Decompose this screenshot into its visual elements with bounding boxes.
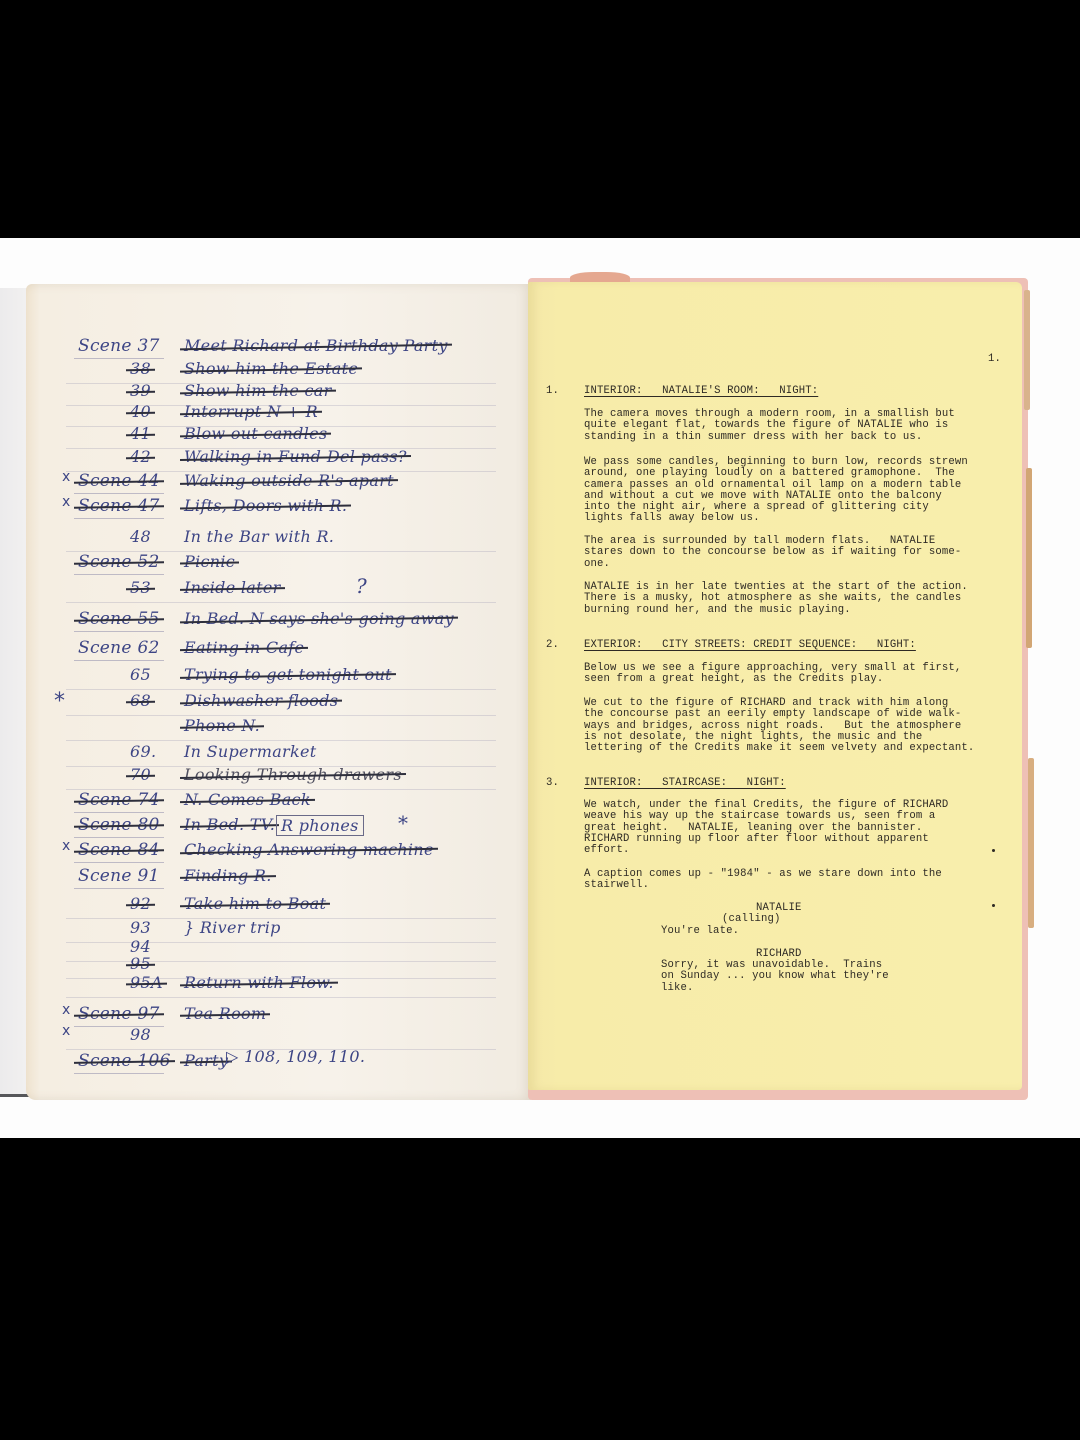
page-edge bbox=[1028, 758, 1034, 928]
scene-number: 65 bbox=[130, 665, 151, 684]
scene-description: Interrupt N + R bbox=[184, 402, 318, 421]
margin-mark bbox=[992, 904, 995, 907]
scene-number: Scene 91 bbox=[78, 866, 160, 886]
scene-number: Scene 37 bbox=[78, 336, 160, 356]
scene-description: Inside later bbox=[184, 578, 281, 597]
scene-description: In Supermarket bbox=[184, 742, 317, 761]
scene-number: Scene 44 bbox=[78, 471, 160, 491]
scene-3-heading: INTERIOR: STAIRCASE: NIGHT: bbox=[584, 778, 786, 789]
asterisk-mark-icon: * bbox=[54, 689, 65, 714]
scene-description: Dishwasher floods bbox=[184, 691, 338, 710]
margin-annotation: * bbox=[398, 811, 408, 835]
scene-1-heading: INTERIOR: NATALIE'S ROOM: NIGHT: bbox=[584, 386, 818, 397]
scene-number: 95 bbox=[130, 954, 151, 973]
underline bbox=[74, 631, 164, 632]
faint-line bbox=[66, 997, 496, 998]
underline bbox=[74, 1073, 164, 1074]
underline bbox=[74, 812, 164, 813]
scene-description: In Bed. TV. bbox=[184, 815, 275, 834]
scene-number: Scene 74 bbox=[78, 790, 160, 810]
scene-description: Blow out candles bbox=[184, 424, 327, 443]
photo-background: Scene 37Meet Richard at Birthday Party38… bbox=[0, 238, 1080, 1138]
scene-number: 48 bbox=[130, 527, 151, 546]
page-edge bbox=[1026, 468, 1032, 648]
scene-1-paragraph: We pass some candles, beginning to burn … bbox=[584, 457, 968, 525]
scene-description: } River trip bbox=[184, 918, 281, 937]
x-mark-icon: x bbox=[62, 1023, 70, 1039]
scene-description: Trying to get tonight out bbox=[184, 665, 392, 684]
scene-number: 42 bbox=[130, 447, 151, 466]
boxed-note: R phones bbox=[276, 815, 364, 836]
scene-number: Scene 97 bbox=[78, 1004, 160, 1024]
faint-line bbox=[66, 740, 496, 741]
scene-number: 69. bbox=[130, 742, 156, 761]
scene-description: Lifts, Doors with R. bbox=[184, 496, 347, 515]
scene-2-heading: EXTERIOR: CITY STREETS: CREDIT SEQUENCE:… bbox=[584, 640, 916, 651]
scene-3-paragraph: A caption comes up - "1984" - as we star… bbox=[584, 869, 942, 892]
scene-description: Phone N. bbox=[184, 716, 260, 735]
scene-description: Picnic bbox=[184, 552, 235, 571]
scene-number: 53 bbox=[130, 578, 151, 597]
faint-line bbox=[66, 602, 496, 603]
scene-3-paragraph: We watch, under the final Credits, the f… bbox=[584, 800, 948, 856]
scene-description: Meet Richard at Birthday Party bbox=[184, 336, 448, 355]
scene-number: Scene 55 bbox=[78, 609, 160, 629]
underline bbox=[74, 837, 164, 838]
scene-1-paragraph: The area is surrounded by tall modern fl… bbox=[584, 536, 961, 570]
x-mark-icon: x bbox=[62, 469, 70, 485]
faint-line bbox=[66, 689, 496, 690]
margin-mark bbox=[992, 849, 995, 852]
scene-description: Waking outside R's apart bbox=[184, 471, 394, 490]
dialogue-line: You're late. bbox=[661, 926, 739, 937]
scene-3-number: 3. bbox=[546, 778, 559, 789]
scene-number: 68 bbox=[130, 691, 151, 710]
scene-description: Party bbox=[184, 1051, 228, 1070]
scene-description: Show him the car bbox=[184, 381, 332, 400]
scene-number: 98 bbox=[130, 1025, 151, 1044]
scene-number: Scene 52 bbox=[78, 552, 160, 572]
faint-line bbox=[66, 715, 496, 716]
x-mark-icon: x bbox=[62, 838, 70, 854]
scene-description: In Bed. N says she's going away bbox=[184, 609, 454, 628]
scene-description: In the Bar with R. bbox=[184, 527, 334, 546]
page-edge bbox=[1024, 290, 1030, 410]
scene-number: Scene 62 bbox=[78, 638, 160, 658]
scene-2-number: 2. bbox=[546, 640, 559, 651]
scene-1-number: 1. bbox=[546, 386, 559, 397]
scene-number: Scene 47 bbox=[78, 496, 160, 516]
underline bbox=[74, 862, 164, 863]
scene-description: N. Comes Back bbox=[184, 790, 311, 809]
scene-number: 93 bbox=[130, 918, 151, 937]
scene-number: 70 bbox=[130, 765, 151, 784]
dialogue-line: Sorry, it was unavoidable. Trains on Sun… bbox=[661, 960, 889, 994]
underline bbox=[74, 888, 164, 889]
scene-number: 95A bbox=[130, 973, 163, 992]
underline bbox=[74, 493, 164, 494]
scene-number: 39 bbox=[130, 381, 151, 400]
typed-script-page: 1. 1. INTERIOR: NATALIE'S ROOM: NIGHT: T… bbox=[528, 282, 1022, 1090]
scene-description: Checking Answering machine bbox=[184, 840, 434, 859]
underline bbox=[74, 660, 164, 661]
dialogue-parenthetical: (calling) bbox=[722, 914, 781, 925]
scene-1-paragraph: The camera moves through a modern room, … bbox=[584, 409, 955, 443]
underline bbox=[74, 518, 164, 519]
handwritten-page: Scene 37Meet Richard at Birthday Party38… bbox=[26, 284, 532, 1100]
scene-number: 41 bbox=[130, 424, 151, 443]
scene-description: Eating in Cafe bbox=[184, 638, 304, 657]
scene-description: Finding R. bbox=[184, 866, 272, 885]
scene-number: 40 bbox=[130, 402, 151, 421]
margin-annotation: ? bbox=[356, 574, 367, 598]
margin-annotation: ▷ 108, 109, 110. bbox=[226, 1047, 365, 1066]
page-number: 1. bbox=[988, 354, 1001, 365]
scene-description: Return with Flow. bbox=[184, 973, 334, 992]
scene-number: Scene 84 bbox=[78, 840, 160, 860]
scene-number: 38 bbox=[130, 359, 151, 378]
scene-description: Looking Through drawers bbox=[184, 765, 402, 784]
x-mark-icon: x bbox=[62, 494, 70, 510]
underline bbox=[74, 574, 164, 575]
x-mark-icon: x bbox=[62, 1002, 70, 1018]
scene-2-paragraph: Below us we see a figure approaching, ve… bbox=[584, 663, 961, 686]
scene-description: Tea Room bbox=[184, 1004, 266, 1023]
scene-1-paragraph: NATALIE is in her late twenties at the s… bbox=[584, 582, 968, 616]
scene-number: 92 bbox=[130, 894, 151, 913]
scene-number: Scene 106 bbox=[78, 1051, 171, 1071]
scene-description: Take him to Boat bbox=[184, 894, 326, 913]
scene-number: Scene 80 bbox=[78, 815, 160, 835]
scene-2-paragraph: We cut to the figure of RICHARD and trac… bbox=[584, 698, 974, 754]
scene-description: Walking in Fund-Del pass? bbox=[184, 447, 407, 466]
scene-description: Show him the Estate bbox=[184, 359, 358, 378]
